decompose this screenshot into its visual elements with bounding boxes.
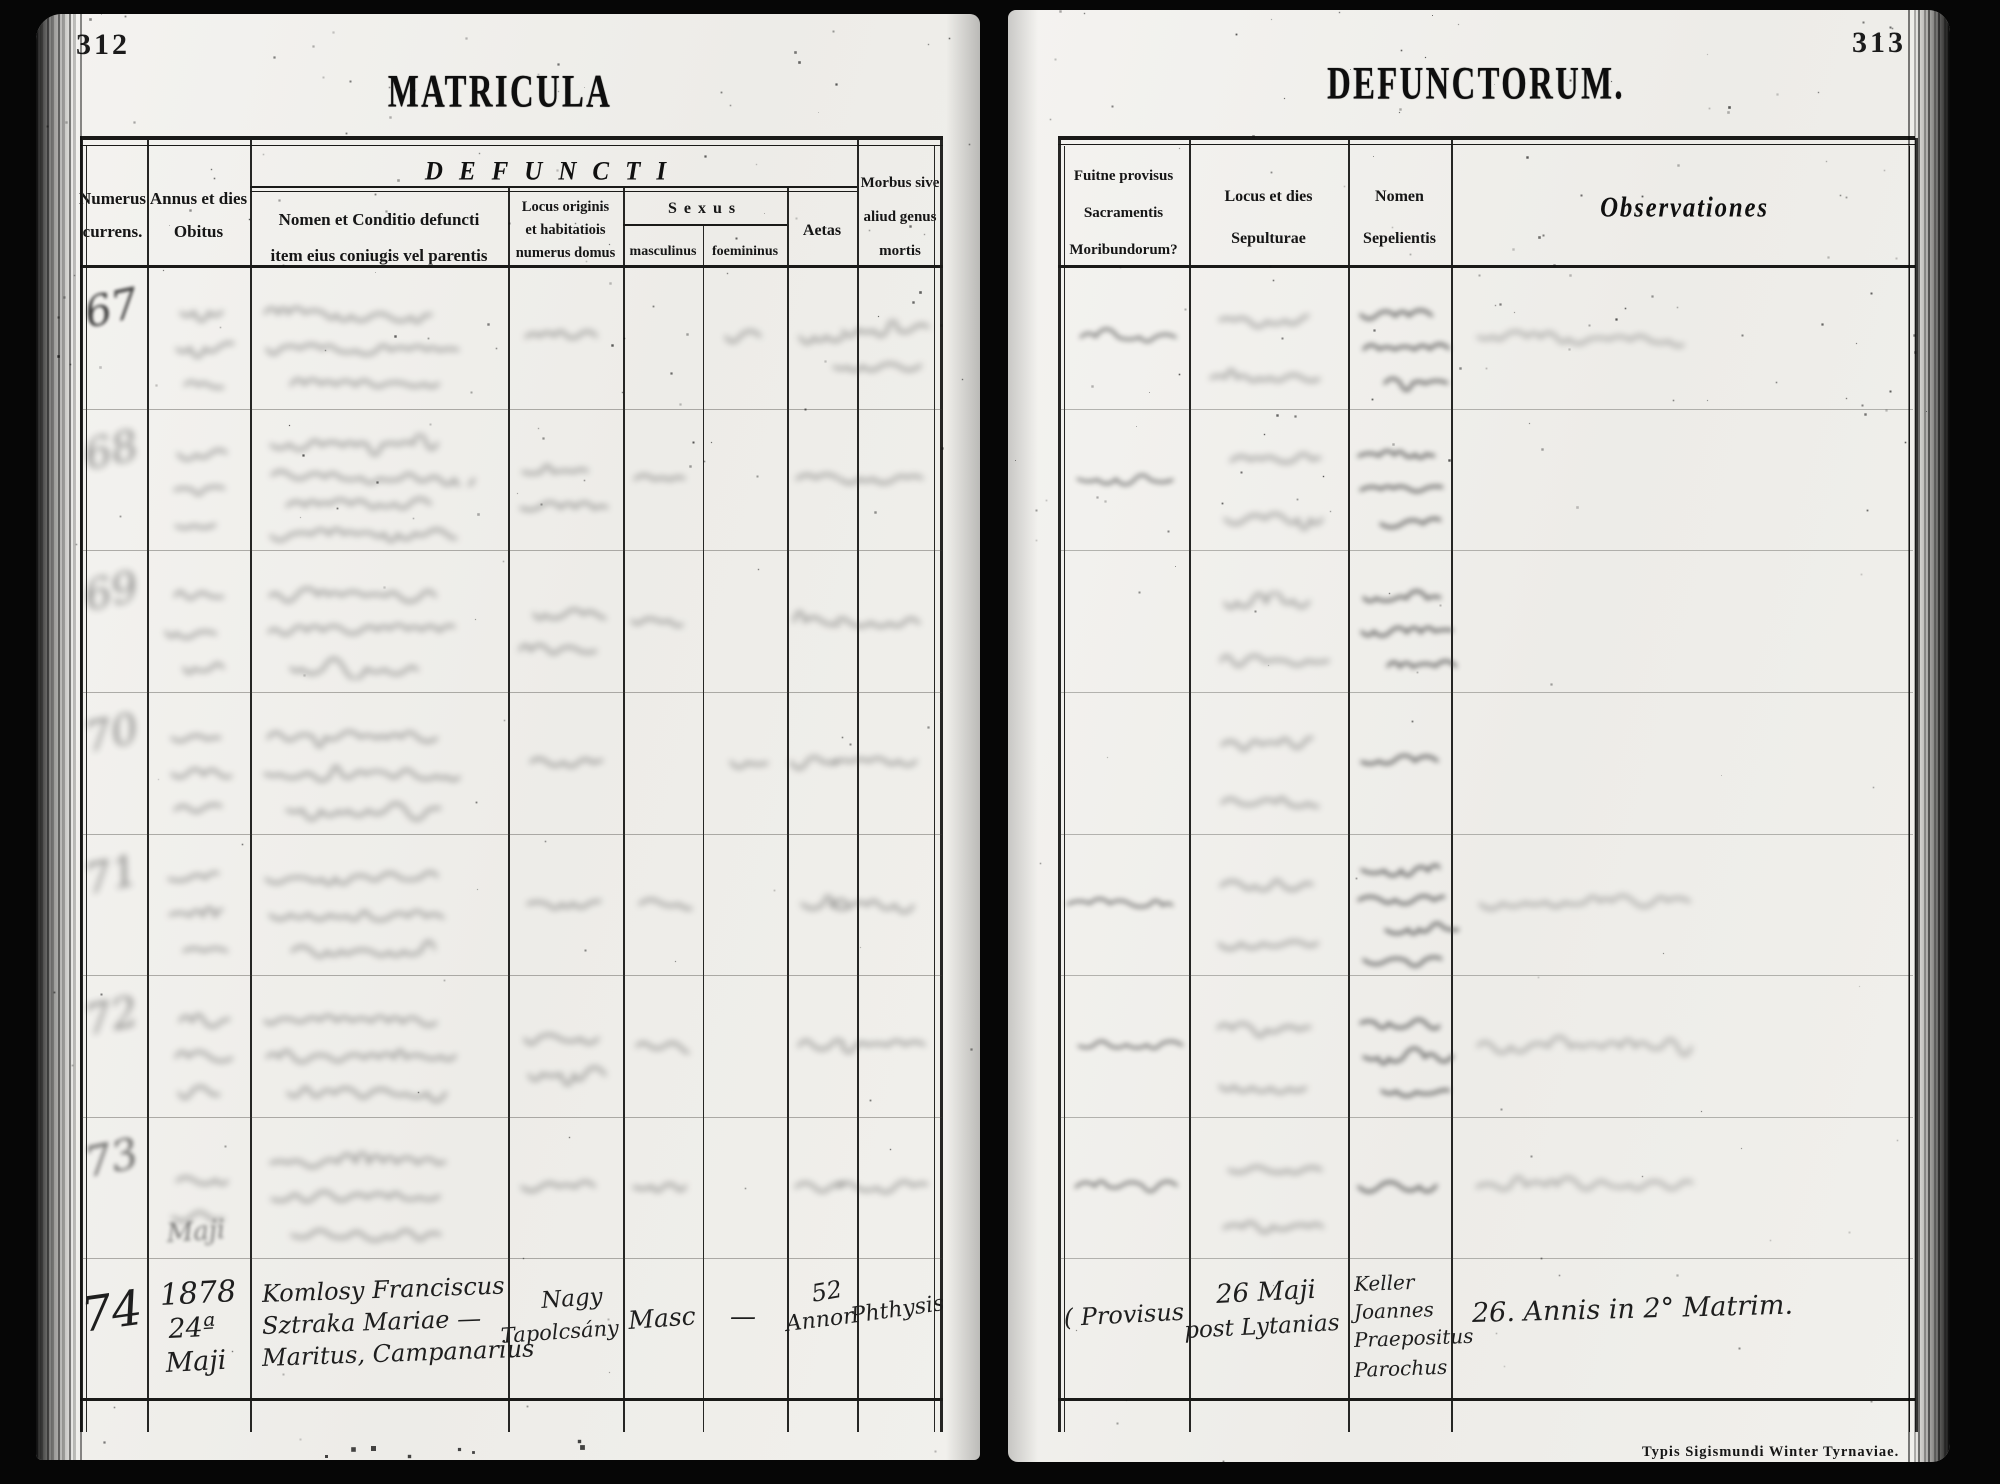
- table-rule-vertical: [1909, 146, 1910, 1432]
- blurred-handwriting: [182, 940, 228, 967]
- record-locus-line: Tapolcsány: [500, 1316, 620, 1348]
- table-rule-vertical: [934, 146, 935, 1432]
- table-rule-horizontal: [250, 186, 857, 188]
- blurred-handwriting: [270, 1188, 445, 1215]
- blurred-handwriting: [798, 326, 846, 353]
- blurred-handwriting: [263, 302, 432, 329]
- blurred-handwriting: [285, 799, 441, 826]
- table-rule-vertical: [940, 138, 943, 1432]
- table-rule-horizontal: [1058, 136, 1915, 140]
- left-page-number: 312: [76, 28, 130, 62]
- blurred-handwriting: [173, 585, 224, 612]
- blurred-handwriting: [526, 893, 601, 920]
- blurred-handwriting: [1076, 468, 1180, 495]
- blurred-handwriting: [167, 868, 219, 895]
- blurred-handwriting: [832, 751, 922, 778]
- blurred-handwriting: [164, 621, 221, 648]
- blurred-handwriting: [270, 464, 480, 491]
- blurred-handwriting: [729, 751, 768, 778]
- record-numerus: 69: [80, 562, 142, 621]
- table-rule-vertical: [147, 138, 149, 1432]
- blurred-handwriting: [532, 603, 606, 630]
- blurred-handwriting: [268, 904, 449, 931]
- blurred-handwriting: [1066, 893, 1173, 920]
- table-rule-vertical: [1189, 138, 1191, 1432]
- blurred-handwriting: [183, 374, 224, 401]
- blurred-handwriting: [521, 461, 594, 488]
- printer-imprint: Typis Sigismundi Winter Tyrnaviae.: [1642, 1444, 1899, 1461]
- blurred-handwriting: [523, 1028, 599, 1055]
- record-nomen-line: Maritus, Campanarius: [262, 1334, 535, 1371]
- blurred-handwriting: [1218, 309, 1309, 336]
- blurred-handwriting: [1380, 1080, 1450, 1107]
- blurred-handwriting: [1476, 1035, 1692, 1062]
- blurred-handwriting: [263, 1010, 439, 1037]
- table-rule-horizontal: [1060, 1117, 1913, 1118]
- blurred-handwriting: [263, 763, 467, 790]
- table-rule-horizontal: [81, 550, 942, 551]
- paper-speckles: [1008, 10, 1009, 11]
- record-numerus: 74: [78, 1280, 146, 1344]
- table-rule-vertical: [1058, 138, 1061, 1432]
- table-rule-vertical: [80, 138, 83, 1432]
- table-rule-horizontal: [1058, 144, 1915, 145]
- table-rule-vertical: [703, 224, 704, 1432]
- blurred-handwriting: [264, 868, 438, 895]
- table-rule-vertical: [250, 138, 252, 1432]
- blurred-handwriting: [170, 727, 221, 754]
- blurred-handwriting: [174, 1046, 234, 1073]
- blurred-handwriting: [289, 374, 446, 401]
- blurred-handwriting: [635, 1035, 689, 1062]
- right-page-title: DEFUNCTORUM.: [1281, 58, 1671, 111]
- blurred-handwriting: [520, 1176, 596, 1203]
- header-sexus-masculinus: masculinus: [624, 244, 702, 260]
- blurred-handwriting: [1362, 338, 1456, 365]
- record-provisus: ( Provisus: [1063, 1298, 1185, 1332]
- blurred-handwriting: [269, 1152, 446, 1179]
- blurred-handwriting: [1229, 450, 1321, 477]
- record-obitus-year: 1878: [159, 1274, 237, 1313]
- blurred-handwriting: [1219, 875, 1313, 902]
- blurred-handwriting: [269, 434, 439, 461]
- table-rule-horizontal: [1060, 975, 1913, 976]
- right-page: 313 DEFUNCTORUM. Fuitne provisus Sacrame…: [1008, 10, 1950, 1462]
- record-aetas-unit: Annor: [784, 1304, 855, 1337]
- blurred-handwriting: [266, 727, 439, 754]
- blurred-handwriting: [1360, 751, 1439, 778]
- record-numerus: 72: [80, 987, 142, 1046]
- blurred-handwriting: [519, 497, 608, 524]
- header-aetas: Aetas: [787, 222, 857, 240]
- blurred-handwriting: [1357, 1176, 1438, 1203]
- blurred-handwriting: [1079, 326, 1182, 353]
- record-numerus: 67: [80, 278, 142, 337]
- table-rule-horizontal: [80, 265, 943, 268]
- blurred-handwriting: [1209, 367, 1321, 394]
- record-aetas-value: 52: [809, 1275, 844, 1308]
- blurred-handwriting: [1222, 1217, 1324, 1244]
- header-nomen-sepelientis: Nomen Sepelientis: [1350, 176, 1449, 260]
- header-fuitne-provisus: Fuitne provisus Sacramentis Moribundorum…: [1060, 158, 1187, 269]
- table-rule-horizontal: [81, 834, 942, 835]
- header-sexus: Sexus: [623, 200, 787, 218]
- table-rule-horizontal: [1060, 834, 1913, 835]
- blurred-handwriting: [175, 338, 234, 365]
- blurred-handwriting: [290, 1224, 444, 1251]
- blurred-handwriting: [175, 1170, 228, 1197]
- blurred-handwriting: [168, 904, 223, 931]
- table-rule-vertical: [623, 188, 625, 1432]
- blurred-handwriting: [836, 1176, 928, 1203]
- blurred-handwriting: [285, 495, 432, 522]
- blurred-handwriting: [173, 479, 225, 506]
- record-numerus: 70: [80, 703, 142, 762]
- blurred-handwriting: [265, 1046, 462, 1073]
- section-title-defuncti: DEFUNCTI: [250, 157, 857, 187]
- table-rule-horizontal: [81, 975, 942, 976]
- blurred-handwriting: [1219, 650, 1330, 677]
- blurred-handwriting: [267, 621, 455, 648]
- blurred-handwriting: [265, 338, 459, 365]
- table-rule-horizontal: [250, 191, 857, 192]
- record-obitus-month: Maji: [165, 1345, 227, 1379]
- blurred-handwriting: [1475, 1176, 1693, 1203]
- blurred-handwriting: [638, 893, 692, 920]
- table-rule-horizontal: [80, 1398, 943, 1401]
- blurred-handwriting: [1362, 587, 1441, 614]
- table-rule-vertical: [86, 146, 87, 1432]
- table-rule-vertical: [1348, 138, 1350, 1432]
- blurred-handwriting: [1077, 1035, 1184, 1062]
- blurred-handwriting: [178, 1010, 230, 1037]
- table-rule-vertical: [1064, 146, 1065, 1432]
- blurred-handwriting: [1217, 933, 1322, 960]
- right-page-number: 313: [1852, 26, 1906, 60]
- record-observationes: 26. Annis in 2° Matrim.: [1472, 1290, 1794, 1329]
- table-rule-horizontal: [1058, 1398, 1915, 1401]
- blurred-handwriting: [1223, 508, 1323, 535]
- blurred-handwriting: [841, 320, 929, 347]
- table-rule-horizontal: [623, 224, 787, 226]
- blurred-handwriting: [633, 468, 685, 495]
- blurred-handwriting: [286, 1082, 451, 1109]
- blurred-handwriting: [838, 468, 927, 495]
- table-rule-vertical: [508, 188, 510, 1432]
- blurred-handwriting: [1386, 655, 1462, 682]
- record-nomen-line: Komlosy Franciscus: [262, 1272, 506, 1308]
- blurred-handwriting: [1218, 1075, 1311, 1102]
- table-rule-vertical: [787, 188, 789, 1432]
- blurred-handwriting: [269, 525, 457, 552]
- blurred-handwriting: [789, 751, 838, 778]
- table-rule-vertical: [1451, 138, 1453, 1432]
- blurred-handwriting: [529, 751, 603, 778]
- blurred-handwriting: [171, 1206, 224, 1233]
- blurred-handwriting: [170, 763, 232, 790]
- blurred-handwriting: [290, 940, 435, 967]
- blurred-handwriting: [632, 1176, 687, 1203]
- blurred-handwriting: [1216, 1017, 1311, 1044]
- blurred-handwriting: [1359, 1012, 1440, 1039]
- register-book-scan: 312 MATRICULA DEFUNCTI Numerus currens. …: [0, 0, 2000, 1484]
- table-rule-horizontal: [1058, 265, 1915, 268]
- record-sepultura-detail: post Lytanias: [1184, 1310, 1341, 1344]
- blurred-handwriting: [174, 515, 221, 542]
- blurred-handwriting: [1379, 513, 1441, 540]
- table-rule-horizontal: [1060, 409, 1913, 410]
- record-morbus: Phthysis: [849, 1291, 946, 1329]
- table-rule-horizontal: [81, 409, 942, 410]
- blurred-handwriting: [177, 1082, 220, 1109]
- blurred-handwriting: [1357, 445, 1435, 472]
- blurred-handwriting: [832, 356, 925, 383]
- left-page-title: MATRICULA: [344, 66, 656, 119]
- record-numerus: 71: [80, 845, 142, 904]
- left-page: 312 MATRICULA DEFUNCTI Numerus currens. …: [36, 14, 980, 1460]
- paper-speckles: [36, 14, 37, 15]
- record-sepeliens-line: Joannes: [1354, 1297, 1435, 1324]
- blurred-handwriting: [795, 468, 843, 495]
- blurred-handwriting: [527, 1064, 610, 1091]
- blurred-handwriting: [524, 326, 597, 353]
- table-rule-vertical: [1915, 138, 1918, 1432]
- blurred-handwriting: [840, 1035, 931, 1062]
- table-rule-horizontal: [1060, 692, 1913, 693]
- blurred-handwriting: [1383, 372, 1450, 399]
- blurred-handwriting: [1360, 859, 1440, 886]
- blurred-handwriting: [1220, 734, 1313, 761]
- blurred-handwriting: [182, 657, 226, 684]
- blurred-handwriting: [1223, 592, 1315, 619]
- blurred-handwriting: [289, 657, 425, 684]
- blurred-handwriting: [1227, 1159, 1322, 1186]
- blurred-handwriting: [518, 639, 597, 666]
- record-sepeliens-line: Praepositus: [1354, 1324, 1474, 1352]
- blurred-handwriting: [630, 610, 683, 637]
- record-numerus: 68: [80, 420, 142, 479]
- blurred-handwriting: [1362, 949, 1442, 976]
- blurred-handwriting: [268, 585, 440, 612]
- blurred-handwriting: [1478, 893, 1693, 920]
- blurred-handwriting: [1384, 919, 1459, 946]
- record-nomen-line: Sztraka Mariae —: [262, 1304, 482, 1340]
- blurred-handwriting: [1360, 621, 1453, 648]
- table-rule-horizontal: [81, 1258, 942, 1259]
- header-morbus: Morbus sive aliud genus mortis: [858, 166, 942, 268]
- table-rule-horizontal: [80, 136, 943, 140]
- blurred-handwriting: [179, 302, 229, 329]
- header-observationes: Observationes: [1472, 191, 1898, 224]
- table-rule-horizontal: [81, 1117, 942, 1118]
- record-locus-line: Nagy: [540, 1284, 603, 1314]
- blurred-handwriting: [1074, 1176, 1182, 1203]
- header-locus-et-dies-sepulturae: Locus et dies Sepulturae: [1191, 176, 1346, 260]
- record-obitus-day: 24ª: [168, 1312, 217, 1345]
- header-nomen-et-conditio: Nomen et Conditio defuncti item eius con…: [252, 202, 506, 274]
- record-sepultura-date: 26 Maji: [1215, 1275, 1316, 1310]
- header-sexus-foemininus: foemininus: [704, 244, 786, 260]
- table-rule-horizontal: [1060, 550, 1913, 551]
- record-sepeliens-line: Parochus: [1354, 1355, 1448, 1382]
- blurred-handwriting: [1359, 479, 1443, 506]
- header-locus-originis: Locus originis et habitatiois numerus do…: [509, 196, 622, 265]
- blurred-handwriting: [176, 443, 227, 470]
- table-rule-horizontal: [81, 692, 942, 693]
- table-rule-horizontal: [1060, 1258, 1913, 1259]
- blurred-handwriting: [724, 326, 762, 353]
- table-rule-horizontal: [80, 145, 943, 146]
- header-annus-et-dies-obitus: Annus et dies Obitus: [148, 182, 249, 248]
- blurred-handwriting: [1476, 326, 1684, 353]
- record-numerus: 73: [80, 1128, 142, 1187]
- record-sepeliens-line: Keller: [1354, 1270, 1415, 1296]
- blurred-handwriting: [829, 893, 920, 920]
- record-sexus-masculinus: Masc: [627, 1301, 696, 1335]
- blurred-handwriting: [1220, 792, 1319, 819]
- blurred-handwriting: [1359, 304, 1437, 331]
- blurred-handwriting: [792, 610, 840, 637]
- blurred-handwriting: [173, 799, 222, 826]
- blurred-handwriting: [1357, 889, 1445, 916]
- record-sexus-foemininus: —: [730, 1302, 756, 1332]
- blurred-handwriting: [1362, 1046, 1457, 1073]
- header-numerus-currens: Numerus currens.: [78, 182, 147, 248]
- blurred-handwriting: [835, 610, 924, 637]
